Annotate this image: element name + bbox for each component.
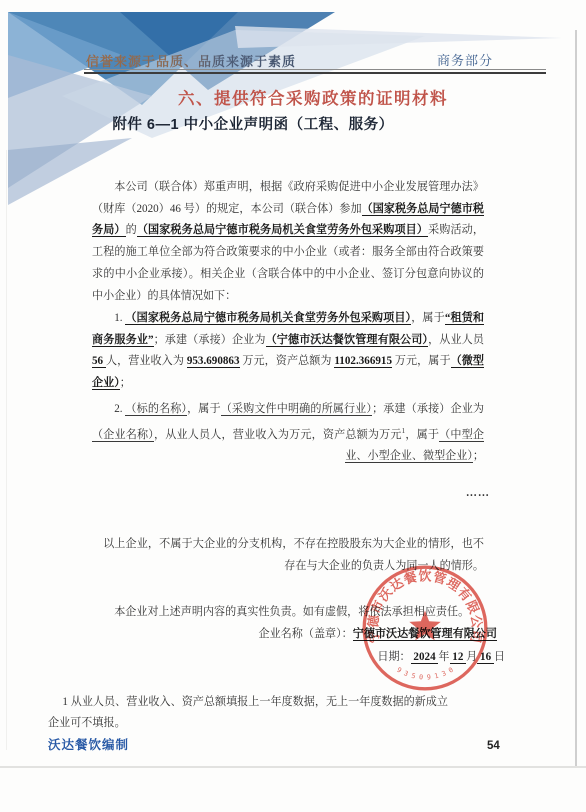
text-segment: （宁德市沃达餐饮管理有限公司） — [266, 334, 428, 347]
text-segment: （采购文件中明确的所属行业） — [221, 403, 372, 416]
stamp-serial-number: 9 3 5 0 9 1 3 0 — [395, 666, 454, 682]
header-section-label: 商务部分 — [437, 50, 493, 69]
text-segment: （国家税务总局宁德市税务局机关食堂劳务外包采购项目） — [125, 312, 411, 325]
text-segment: ，属于 — [187, 403, 221, 415]
text-segment: ，属于 — [411, 312, 445, 324]
text-segment: ，从业人员 — [428, 334, 484, 346]
declaration-paragraph: 本公司（联合体）郑重声明，根据《政府采购促进中小企业发展管理办法》（财库（202… — [92, 177, 484, 307]
text-segment: 953.690863 — [187, 355, 240, 368]
text-segment: ，属于 — [405, 429, 439, 441]
text-segment: ； — [473, 450, 484, 462]
text-segment: 万元，属于 — [392, 355, 451, 367]
text-segment: 万元，资产总额为 — [240, 355, 335, 367]
ellipsis-line: …… — [92, 487, 490, 499]
section-title: 六、提供符合采购政策的证明材料 — [40, 85, 586, 109]
text-segment: （企业名称） — [92, 429, 154, 442]
footer-compiler-label: 沃达餐饮编制 — [48, 735, 129, 753]
text-segment: 2. — [114, 403, 125, 415]
header-rule-thin — [84, 69, 546, 70]
header-rule-thick — [84, 72, 546, 74]
enterprise-item-1: 1. （国家税务总局宁德市税务局机关食堂劳务外包采购项目），属于“租赁和商务服务… — [92, 308, 484, 395]
text-segment: （国家税务总局宁德市税务局机关食堂劳务外包采购项目） — [137, 224, 428, 237]
company-seal-stamp: 宁德市沃达餐饮管理有限公司 9 3 5 0 9 1 3 0 — [358, 561, 492, 695]
attachment-subtitle: 附件 6—1 中小企业声明函（工程、服务） — [0, 113, 506, 134]
header-tagline: 信誉来源于品质、品质来源于素质 — [86, 51, 296, 70]
text-segment: 企业名称（盖章）： — [258, 628, 352, 640]
svg-text:9 3 5 0 9 1 3 0: 9 3 5 0 9 1 3 0 — [395, 666, 454, 682]
scan-edge-left — [6, 150, 7, 750]
text-segment: （标的名称） — [125, 403, 187, 416]
scan-edge-bottom — [0, 766, 586, 768]
text-segment: ，从业人员人，营业收入为万元，资产总额为万元 — [154, 429, 402, 441]
stamp-star-icon — [409, 610, 440, 640]
enterprise-item-2: 2. （标的名称），属于（采购文件中明确的所属行业）；承建（承接）企业为（企业名… — [92, 399, 484, 468]
text-segment: 1102.366915 — [334, 355, 392, 368]
scan-edge-right — [575, 30, 577, 766]
page-number: 54 — [487, 740, 500, 752]
text-segment: 1. — [114, 312, 125, 324]
text-segment: ； — [120, 377, 131, 389]
text-segment: ；承建（承接）企业为 — [372, 403, 484, 415]
text-segment: 的 — [126, 224, 137, 236]
text-segment: ；承建（承接）企业为 — [154, 334, 266, 346]
text-segment: 56 — [92, 355, 106, 368]
footnote: 1 从业人员、营业收入、资产总额填报上一年度数据，无上一年度数据的新成立企业可不… — [48, 692, 448, 733]
text-segment: 人，营业收入为 — [106, 355, 187, 367]
text-segment: 日 — [494, 651, 505, 663]
document-page: 信誉来源于品质、品质来源于素质 商务部分 六、提供符合采购政策的证明材料 附件 … — [0, 0, 586, 812]
